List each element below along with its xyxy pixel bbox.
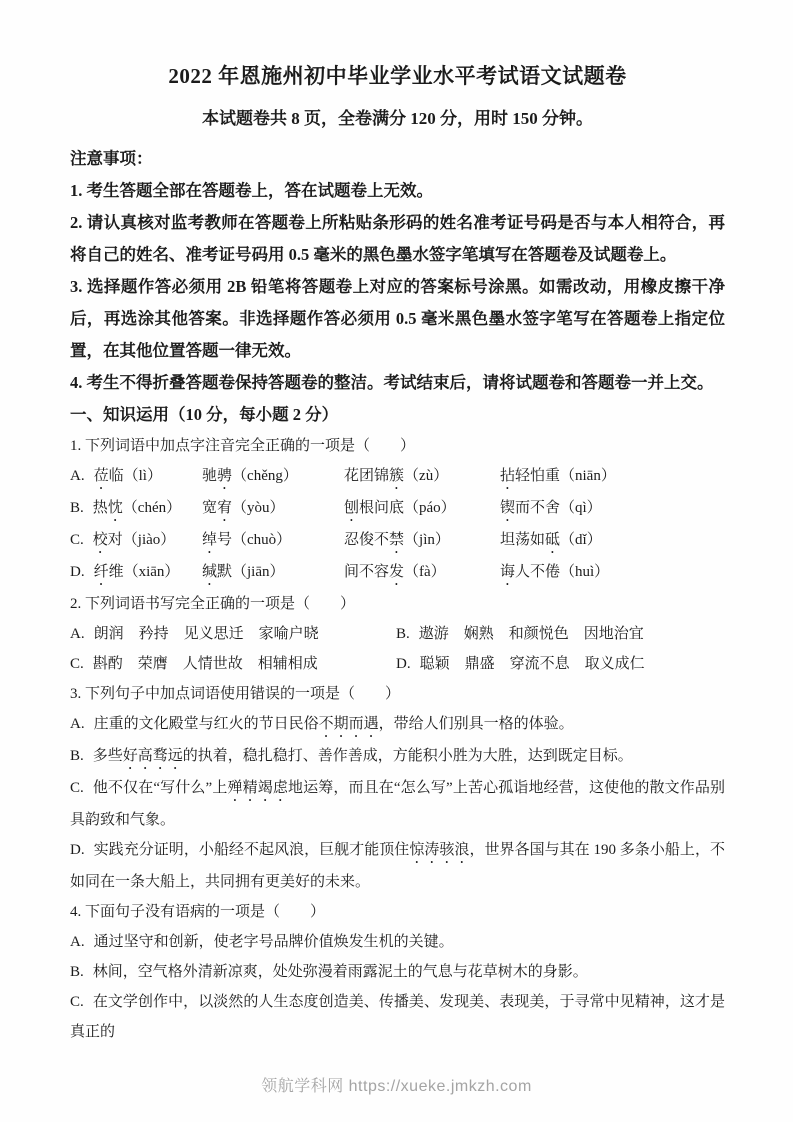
option-item: 花团锦簇（zù） (344, 461, 500, 493)
option-row: C.校对（jiào）绰号（chuò）忍俊不禁（jìn）坦荡如砥（dǐ） (70, 525, 725, 557)
option-row: C.斟酌 荣膺 人情世故 相辅相成D.聪颖 鼎盛 穿流不息 取义成仁 (70, 649, 725, 679)
page-footer: 领航学科网 https://xueke.jmkzh.com (0, 1073, 793, 1096)
emphasis-dotted-text: 锲 (500, 500, 515, 516)
word-item: 宽宥（yòu） (202, 500, 285, 516)
option-item: 拈轻怕重（niān） (500, 461, 725, 493)
option-label: C. (70, 780, 84, 796)
question-stem: 4. 下面句子没有语病的一项是（ ） (70, 897, 725, 927)
option-row: D.纤维（xiān）缄默（jiān）间不容发（fà）诲人不倦（huì） (70, 557, 725, 589)
page-title: 2022 年恩施州初中毕业学业水平考试语文试题卷 (70, 60, 725, 90)
option-item: 刨根问底（páo） (344, 493, 500, 525)
option-item: 宽宥（yòu） (202, 493, 344, 525)
word-item: 纤维（xiān） (94, 564, 180, 580)
word-item: 校对（jiào） (93, 532, 176, 548)
question-stem: 2. 下列词语书写完全正确的一项是（ ） (70, 589, 725, 619)
emphasis-dotted-text: 惊涛骇浪 (409, 842, 469, 858)
word-item: 锲而不舍（qì） (500, 500, 602, 516)
option-label: C. (70, 994, 84, 1010)
emphasis-dotted-text: 莅 (94, 468, 109, 484)
option-text: 多些好高骛远的执着，稳扎稳打、善作善成，方能积小胜为大胜，达到既定目标。 (93, 748, 633, 764)
question-option: B.林间，空气格外清新凉爽，处处弥漫着雨露泥土的气息与花草树木的身影。 (70, 957, 725, 987)
word-group: 斟酌 荣膺 人情世故 相辅相成 (93, 656, 318, 672)
page-content: 2022 年恩施州初中毕业学业水平考试语文试题卷 本试题卷共 8 页，全卷满分 … (0, 0, 793, 1047)
question-stem: 1. 下列词语中加点字注音完全正确的一项是（ ） (70, 431, 725, 461)
emphasis-dotted-text: 纤 (94, 564, 109, 580)
emphasis-dotted-text: 拈 (500, 468, 515, 484)
word-item: 花团锦簇（zù） (344, 468, 448, 484)
emphasis-dotted-text: 殚精竭虑 (227, 780, 288, 796)
option-label: B. (396, 626, 410, 642)
option-label: B. (70, 964, 84, 980)
emphasis-dotted-text: 簇 (389, 468, 404, 484)
option-row: A.朗润 矜持 见义思迁 家喻户晓B.遨游 娴熟 和颜悦色 因地治宜 (70, 619, 725, 649)
option-item: 间不容发（fà） (344, 557, 500, 589)
emphasis-dotted-text: 宥 (217, 500, 232, 516)
notice-item: 1. 考生答题全部在答题卷上，答在试题卷上无效。 (70, 175, 725, 207)
word-item: 忍俊不禁（jìn） (344, 532, 450, 548)
option-label: C. (70, 532, 84, 548)
doc-subtitle: 本试题卷共 8 页，全卷满分 120 分，用时 150 分钟。 (70, 104, 725, 129)
word-item: 拈轻怕重（niān） (500, 468, 616, 484)
exam-paper-page: 2022 年恩施州初中毕业学业水平考试语文试题卷 本试题卷共 8 页，全卷满分 … (0, 0, 793, 1122)
option-text: 通过坚守和创新，使老字号品牌价值焕发生机的关键。 (94, 934, 454, 950)
word-group: 朗润 矜持 见义思迁 家喻户晓 (94, 626, 319, 642)
question-option: A.庄重的文化殿堂与红火的节日民俗不期而遇，带给人们别具一格的体验。 (70, 709, 725, 741)
word-group: 遨游 娴熟 和颜悦色 因地治宜 (419, 626, 644, 642)
emphasis-dotted-text: 骋 (217, 468, 232, 484)
word-group: 聪颖 鼎盛 穿流不息 取义成仁 (420, 656, 645, 672)
option-item: 忍俊不禁（jìn） (344, 525, 500, 557)
word-item: 缄默（jiān） (202, 564, 285, 580)
emphasis-dotted-text: 诲 (500, 564, 515, 580)
option-item: A.莅临（lì） (70, 461, 202, 493)
emphasis-dotted-text: 校 (93, 532, 108, 548)
option-row: B.热忱（chén）宽宥（yòu）刨根问底（páo）锲而不舍（qì） (70, 493, 725, 525)
word-item: 诲人不倦（huì） (500, 564, 609, 580)
option-item: 缄默（jiān） (202, 557, 344, 589)
notice-item: 2. 请认真核对监考教师在答题卷上所粘贴条形码的姓名准考证号码是否与本人相符合，… (70, 207, 725, 271)
option-label: A. (70, 934, 85, 950)
emphasis-dotted-text: 绰 (202, 532, 217, 548)
notice-list: 1. 考生答题全部在答题卷上，答在试题卷上无效。2. 请认真核对监考教师在答题卷… (70, 175, 725, 399)
option-text: 庄重的文化殿堂与红火的节日民俗不期而遇，带给人们别具一格的体验。 (94, 716, 574, 732)
option-item: 绰号（chuò） (202, 525, 344, 557)
question-stem: 3. 下列句子中加点词语使用错误的一项是（ ） (70, 679, 725, 709)
option-item: 锲而不舍（qì） (500, 493, 725, 525)
notice-item: 4. 考生不得折叠答题卷保持答题卷的整洁。考试结束后，请将试题卷和答题卷一并上交… (70, 367, 725, 399)
word-item: 坦荡如砥（dǐ） (500, 532, 602, 548)
question-option: C.他不仅在“写什么”上殚精竭虑地运筹，而且在“怎么写”上苦心孤诣地经营，这使他… (70, 773, 725, 835)
option-item: C.斟酌 荣膺 人情世故 相辅相成 (70, 649, 396, 679)
emphasis-dotted-text: 砥 (545, 532, 560, 548)
word-item: 热忱（chén） (93, 500, 181, 516)
option-label: A. (70, 468, 85, 484)
option-item: 驰骋（chěng） (202, 461, 344, 493)
option-item: B.热忱（chén） (70, 493, 202, 525)
question-option: C.在文学创作中，以淡然的人生态度创造美、传播美、发现美、表现美，于寻常中见精神… (70, 987, 725, 1047)
word-item: 间不容发（fà） (344, 564, 446, 580)
option-item: D.聪颖 鼎盛 穿流不息 取义成仁 (396, 649, 725, 679)
watermark-text: 领航学科网 https://xueke.jmkzh.com (261, 1078, 532, 1095)
notice-item: 3. 选择题作答必须用 2B 铅笔将答题卷上对应的答案标号涂黑。如需改动，用橡皮… (70, 271, 725, 367)
word-item: 刨根问底（páo） (344, 500, 456, 516)
option-text: 实践充分证明，小船经不起风浪，巨舰才能顶住惊涛骇浪，世界各国与其在 190 多条… (70, 842, 725, 890)
section-heading: 一、知识运用（10 分，每小题 2 分） (70, 399, 725, 431)
emphasis-dotted-text: 刨 (344, 500, 359, 516)
emphasis-dotted-text: 发 (389, 564, 404, 580)
option-item: C.校对（jiào） (70, 525, 202, 557)
option-item: B.遨游 娴熟 和颜悦色 因地治宜 (396, 619, 725, 649)
question-option: B.多些好高骛远的执着，稳扎稳打、善作善成，方能积小胜为大胜，达到既定目标。 (70, 741, 725, 773)
emphasis-dotted-text: 好高骛远 (123, 748, 183, 764)
option-label: B. (70, 500, 84, 516)
word-item: 绰号（chuò） (202, 532, 291, 548)
option-label: B. (70, 748, 84, 764)
option-item: 坦荡如砥（dǐ） (500, 525, 725, 557)
question-option: A.通过坚守和创新，使老字号品牌价值焕发生机的关键。 (70, 927, 725, 957)
option-label: D. (396, 656, 411, 672)
word-item: 驰骋（chěng） (202, 468, 298, 484)
option-text: 在文学创作中，以淡然的人生态度创造美、传播美、发现美、表现美，于寻常中见精神，这… (70, 994, 725, 1040)
emphasis-dotted-text: 不期而遇 (319, 716, 379, 732)
option-text: 他不仅在“写什么”上殚精竭虑地运筹，而且在“怎么写”上苦心孤诣地经营，这使他的散… (70, 780, 725, 828)
option-item: D.纤维（xiān） (70, 557, 202, 589)
question-list: 1. 下列词语中加点字注音完全正确的一项是（ ）A.莅临（lì）驰骋（chěng… (70, 431, 725, 1047)
option-row: A.莅临（lì）驰骋（chěng）花团锦簇（zù）拈轻怕重（niān） (70, 461, 725, 493)
emphasis-dotted-text: 缄 (202, 564, 217, 580)
option-label: D. (70, 564, 85, 580)
option-label: D. (70, 842, 85, 858)
option-label: A. (70, 626, 85, 642)
notice-heading: 注意事项： (70, 143, 725, 175)
option-item: 诲人不倦（huì） (500, 557, 725, 589)
question-option: D.实践充分证明，小船经不起风浪，巨舰才能顶住惊涛骇浪，世界各国与其在 190 … (70, 835, 725, 897)
option-label: A. (70, 716, 85, 732)
emphasis-dotted-text: 忱 (108, 500, 123, 516)
option-label: C. (70, 656, 84, 672)
option-text: 林间，空气格外清新凉爽，处处弥漫着雨露泥土的气息与花草树木的身影。 (93, 964, 588, 980)
option-item: A.朗润 矜持 见义思迁 家喻户晓 (70, 619, 396, 649)
emphasis-dotted-text: 禁 (389, 532, 404, 548)
word-item: 莅临（lì） (94, 468, 162, 484)
